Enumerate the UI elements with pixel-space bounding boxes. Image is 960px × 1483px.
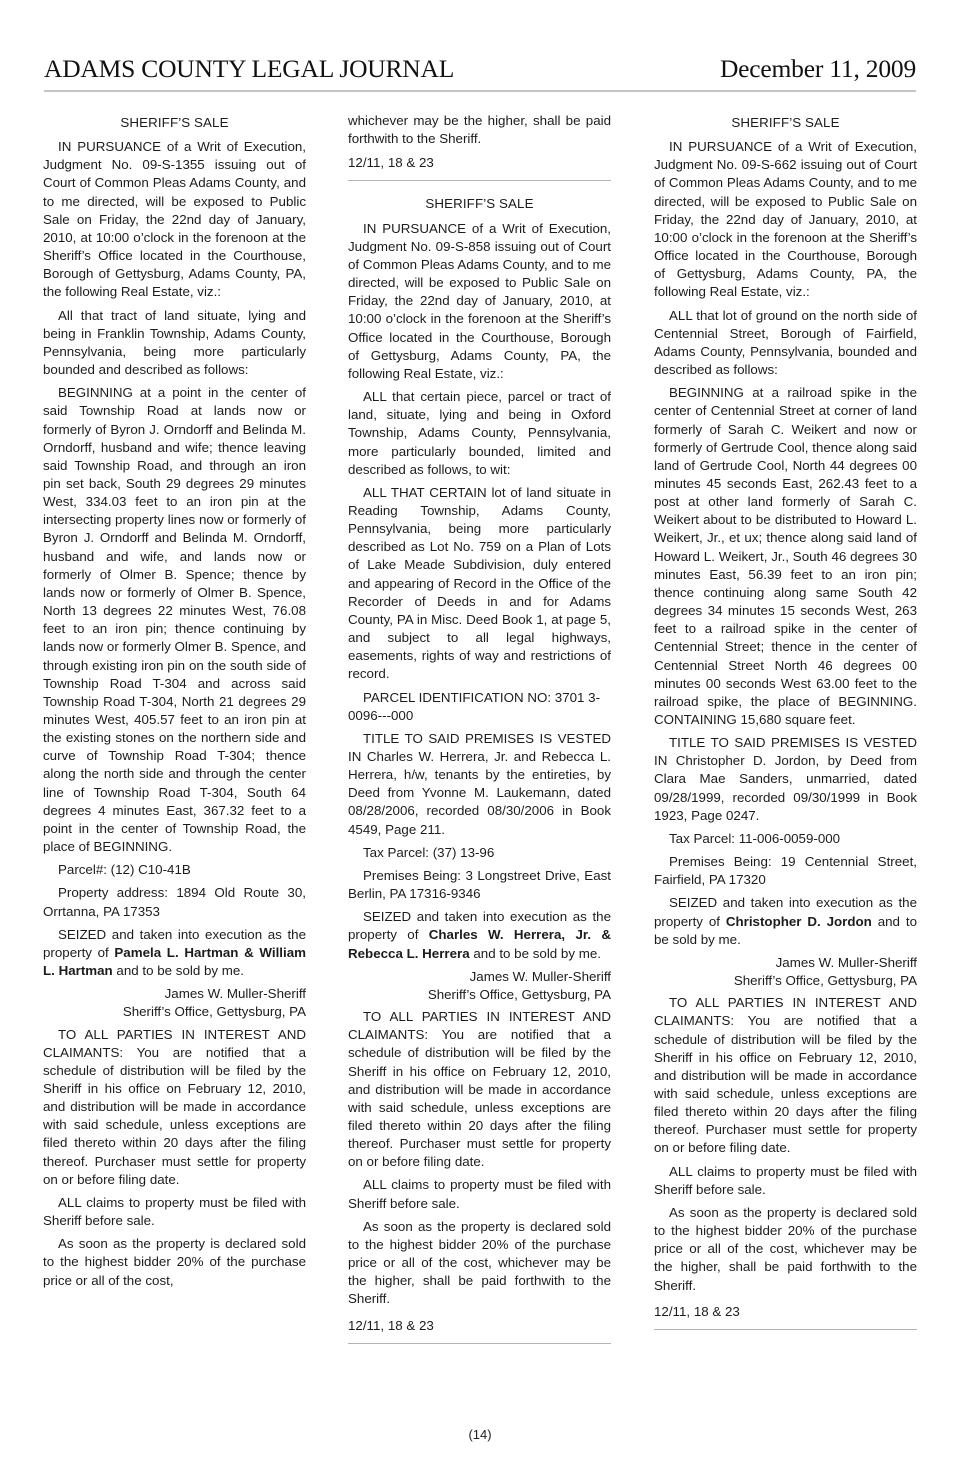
notice-divider [348, 180, 611, 181]
premises-address: Premises Being: 19 Centennial Street, Fa… [654, 853, 917, 889]
boundary-paragraph: BEGINNING at a point in the center of sa… [43, 384, 306, 856]
claimants-paragraph: TO ALL PARTIES IN INTEREST AND CLAIMANTS… [43, 1026, 306, 1189]
boundary-paragraph: BEGINNING at a railroad spike in the cen… [654, 384, 917, 729]
notice-divider [348, 1343, 611, 1344]
sheriff-sale-notice-09-S-858: SHERIFF’S SALE IN PURSUANCE of a Writ of… [348, 195, 611, 1343]
signature-block: James W. Muller-Sheriff Sheriff’s Office… [43, 985, 306, 1021]
run-dates: 12/11, 18 & 23 [654, 1303, 917, 1321]
signature-block: James W. Muller-Sheriff Sheriff’s Office… [348, 968, 611, 1004]
claims-paragraph: ALL claims to property must be filed wit… [348, 1176, 611, 1212]
description-paragraph: All that tract of land situate, lying an… [43, 307, 306, 380]
payment-paragraph: As soon as the property is declared sold… [654, 1204, 917, 1295]
sheriff-sale-notice-09-S-662: SHERIFF’S SALE IN PURSUANCE of a Writ of… [654, 114, 917, 1330]
signature-name: James W. Muller-Sheriff [43, 985, 306, 1003]
publication-title: ADAMS COUNTY LEGAL JOURNAL [44, 54, 454, 84]
parcel-identification: PARCEL IDENTIFICATION NO: 3701 3-0096---… [348, 689, 611, 725]
issue-date: December 11, 2009 [720, 54, 916, 84]
payment-paragraph: As soon as the property is declared sold… [43, 1235, 306, 1289]
notice-divider [654, 1329, 917, 1330]
seized-suffix: and to be sold by me. [470, 946, 601, 961]
owner-names: Christopher D. Jordon [726, 914, 872, 929]
signature-office: Sheriff’s Office, Gettysburg, PA [348, 986, 611, 1004]
signature-name: James W. Muller-Sheriff [348, 968, 611, 986]
column-2: whichever may be the higher, shall be pa… [348, 112, 611, 1358]
tax-parcel: Tax Parcel: (37) 13-96 [348, 844, 611, 862]
seized-paragraph: SEIZED and taken into execution as the p… [654, 894, 917, 948]
column-1: SHERIFF’S SALE IN PURSUANCE of a Writ of… [43, 112, 306, 1295]
premises-address: Premises Being: 3 Longstreet Drive, East… [348, 867, 611, 903]
writ-paragraph: IN PURSUANCE of a Writ of Execution, Jud… [654, 138, 917, 301]
run-dates: 12/11, 18 & 23 [348, 154, 611, 172]
claimants-paragraph: TO ALL PARTIES IN INTEREST AND CLAIMANTS… [654, 994, 917, 1157]
claims-paragraph: ALL claims to property must be filed wit… [654, 1163, 917, 1199]
masthead: ADAMS COUNTY LEGAL JOURNAL December 11, … [44, 52, 916, 92]
run-dates: 12/11, 18 & 23 [348, 1317, 611, 1335]
signature-block: James W. Muller-Sheriff Sheriff’s Office… [654, 954, 917, 990]
description-paragraph: ALL that certain piece, parcel or tract … [348, 388, 611, 479]
parcel-number: Parcel#: (12) C10-41B [43, 861, 306, 879]
seized-paragraph: SEIZED and taken into execution as the p… [43, 926, 306, 980]
title-vesting-paragraph: TITLE TO SAID PREMISES IS VESTED IN Chri… [654, 734, 917, 825]
writ-paragraph: IN PURSUANCE of a Writ of Execution, Jud… [348, 220, 611, 383]
continued-notice-end: whichever may be the higher, shall be pa… [348, 112, 611, 181]
claims-paragraph: ALL claims to property must be filed wit… [43, 1194, 306, 1230]
notice-heading: SHERIFF’S SALE [654, 114, 917, 132]
signature-name: James W. Muller-Sheriff [654, 954, 917, 972]
tax-parcel: Tax Parcel: 11-006-0059-000 [654, 830, 917, 848]
seized-suffix: and to be sold by me. [113, 963, 244, 978]
property-address: Property address: 1894 Old Route 30, Orr… [43, 884, 306, 920]
description-paragraph: ALL that lot of ground on the north side… [654, 307, 917, 380]
column-3: SHERIFF’S SALE IN PURSUANCE of a Writ of… [654, 112, 917, 1344]
title-vesting-paragraph: TITLE TO SAID PREMISES IS VESTED IN Char… [348, 730, 611, 839]
writ-paragraph: IN PURSUANCE of a Writ of Execution, Jud… [43, 138, 306, 301]
signature-office: Sheriff’s Office, Gettysburg, PA [654, 972, 917, 990]
continued-payment-text: whichever may be the higher, shall be pa… [348, 112, 611, 148]
claimants-paragraph: TO ALL PARTIES IN INTEREST AND CLAIMANTS… [348, 1008, 611, 1171]
seized-paragraph: SEIZED and taken into execution as the p… [348, 908, 611, 962]
notice-heading: SHERIFF’S SALE [348, 195, 611, 213]
signature-office: Sheriff’s Office, Gettysburg, PA [43, 1003, 306, 1021]
lot-description-paragraph: ALL THAT CERTAIN lot of land situate in … [348, 484, 611, 684]
sheriff-sale-notice-09-S-1355: SHERIFF’S SALE IN PURSUANCE of a Writ of… [43, 114, 306, 1290]
page-number: (14) [0, 1427, 960, 1442]
payment-paragraph: As soon as the property is declared sold… [348, 1218, 611, 1309]
notice-heading: SHERIFF’S SALE [43, 114, 306, 132]
